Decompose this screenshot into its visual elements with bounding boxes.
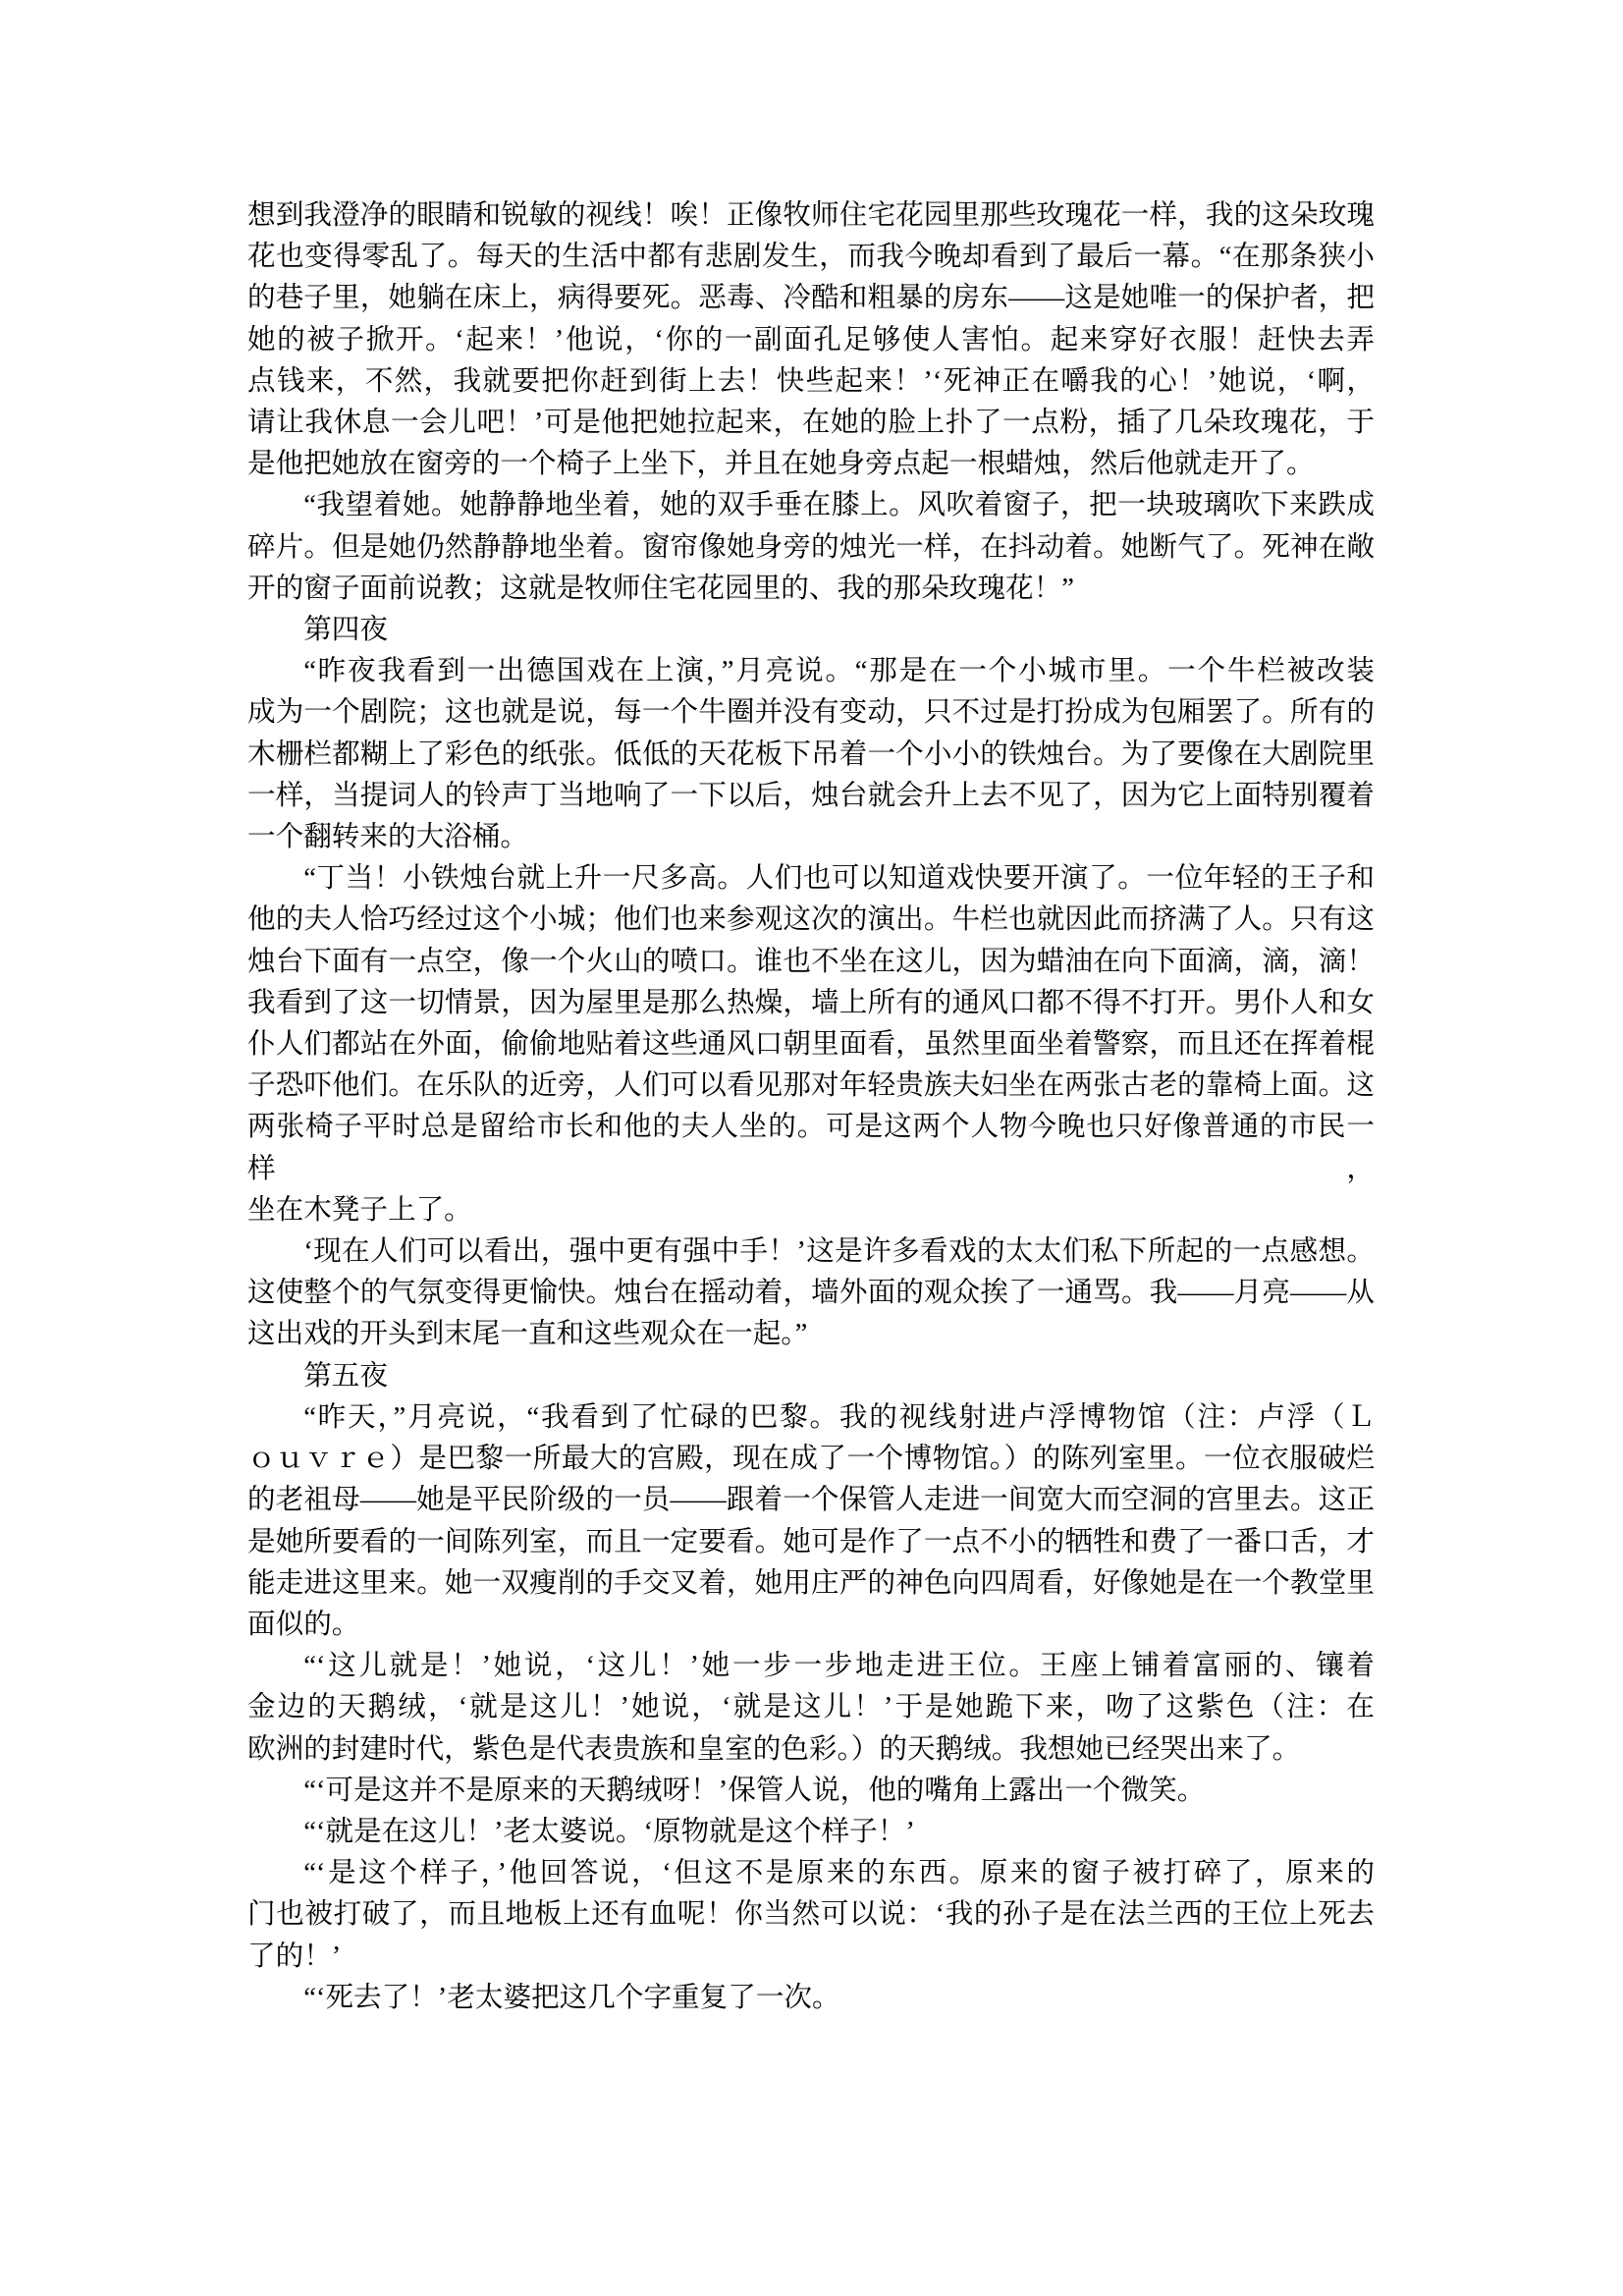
text-line: 的老祖母——她是平民阶级的一员——跟着一个保管人走进一间宽大而空洞的宫里去。这正 bbox=[247, 1480, 1375, 1521]
text-line: 点钱来，不然，我就要把你赶到街上去！快些起来！’‘死神正在嚼我的心！’她说，‘啊… bbox=[247, 361, 1375, 403]
text-line: 一个翻转来的大浴桶。 bbox=[247, 817, 1375, 858]
text-line: “‘是这个样子，’他回答说，‘但这不是原来的东西。原来的窗子被打碎了，原来的 bbox=[247, 1853, 1375, 1894]
text-line: 第四夜 bbox=[247, 610, 1375, 651]
text-line: 这出戏的开头到末尾一直和这些观众在一起。” bbox=[247, 1314, 1375, 1355]
text-line: 子恐吓他们。在乐队的近旁，人们可以看见那对年轻贵族夫妇坐在两张古老的靠椅上面。这 bbox=[247, 1066, 1375, 1107]
text-line: 欧洲的封建时代，紫色是代表贵族和皇室的色彩。）的天鹅绒。我想她已经哭出来了。 bbox=[247, 1729, 1375, 1771]
document-page: 想到我澄净的眼睛和锐敏的视线！唉！正像牧师住宅花园里那些玫瑰花一样，我的这朵玫瑰… bbox=[0, 0, 1623, 2296]
text-line: 的巷子里，她躺在床上，病得要死。恶毒、冷酷和粗暴的房东——这是她唯一的保护者，把 bbox=[247, 278, 1375, 319]
text-line: “‘这儿就是！’她说，‘这儿！’她一步一步地走进王位。王座上铺着富丽的、镶着 bbox=[247, 1646, 1375, 1687]
text-line: “我望着她。她静静地坐着，她的双手垂在膝上。风吹着窗子，把一块玻璃吹下来跌成 bbox=[247, 485, 1375, 526]
text-line: 碎片。但是她仍然静静地坐着。窗帘像她身旁的烛光一样，在抖动着。她断气了。死神在敞 bbox=[247, 527, 1375, 569]
text-line: 木栅栏都糊上了彩色的纸张。低低的天花板下吊着一个小小的铁烛台。为了要像在大剧院里 bbox=[247, 735, 1375, 776]
text-line: 面似的。 bbox=[247, 1605, 1375, 1646]
text-line: 想到我澄净的眼睛和锐敏的视线！唉！正像牧师住宅花园里那些玫瑰花一样，我的这朵玫瑰 bbox=[247, 195, 1375, 237]
text-line: 两张椅子平时总是留给市长和他的夫人坐的。可是这两个人物今晚也只好像普通的市民一样… bbox=[247, 1107, 1375, 1189]
text-line: 了的！’ bbox=[247, 1937, 1375, 1978]
text-line: 请让我休息一会儿吧！’可是他把她拉起来，在她的脸上扑了一点粉，插了几朵玫瑰花，于 bbox=[247, 403, 1375, 444]
text-line: “昨夜我看到一出德国戏在上演，”月亮说。“那是在一个小城市里。一个牛栏被改装 bbox=[247, 651, 1375, 692]
text-line: ｏｕｖｒｅ）是巴黎一所最大的宫殿，现在成了一个博物馆。）的陈列室里。一位衣服破烂 bbox=[247, 1439, 1375, 1480]
text-block: 想到我澄净的眼睛和锐敏的视线！唉！正像牧师住宅花园里那些玫瑰花一样，我的这朵玫瑰… bbox=[247, 195, 1375, 2019]
text-line: “‘就是在这儿！’老太婆说。‘原物就是这个样子！’ bbox=[247, 1812, 1375, 1853]
text-line: 金边的天鹅绒，‘就是这儿！’她说，‘就是这儿！’于是她跪下来，吻了这紫色（注：在 bbox=[247, 1687, 1375, 1728]
text-line: “昨天，”月亮说，“我看到了忙碌的巴黎。我的视线射进卢浮博物馆（注：卢浮（Ｌ bbox=[247, 1397, 1375, 1439]
text-line: 烛台下面有一点空，像一个火山的喷口。谁也不坐在这儿，因为蜡油在向下面滴，滴，滴！ bbox=[247, 942, 1375, 983]
text-line: 门也被打破了，而且地板上还有血呢！你当然可以说：‘我的孙子是在法兰西的王位上死去 bbox=[247, 1894, 1375, 1936]
text-line: 仆人们都站在外面，偷偷地贴着这些通风口朝里面看，虽然里面坐着警察，而且还在挥着棍 bbox=[247, 1024, 1375, 1066]
text-line: 她的被子掀开。‘起来！’他说，‘你的一副面孔足够使人害怕。起来穿好衣服！赶快去弄 bbox=[247, 320, 1375, 361]
text-line: 这使整个的气氛变得更愉快。烛台在摇动着，墙外面的观众挨了一通骂。我——月亮——从 bbox=[247, 1273, 1375, 1314]
text-line: 坐在木凳子上了。 bbox=[247, 1190, 1375, 1231]
text-line: 他的夫人恰巧经过这个小城；他们也来参观这次的演出。牛栏也就因此而挤满了人。只有这 bbox=[247, 900, 1375, 941]
text-line: 能走进这里来。她一双瘦削的手交叉着，她用庄严的神色向四周看，好像她是在一个教堂里 bbox=[247, 1563, 1375, 1605]
text-line: 开的窗子面前说教；这就是牧师住宅花园里的、我的那朵玫瑰花！” bbox=[247, 569, 1375, 610]
text-line: ‘现在人们可以看出，强中更有强中手！’这是许多看戏的太太们私下所起的一点感想。 bbox=[247, 1231, 1375, 1273]
text-line: “‘死去了！’老太婆把这几个字重复了一次。 bbox=[247, 1978, 1375, 2019]
text-line: 一样，当提词人的铃声丁当地响了一下以后，烛台就会升上去不见了，因为它上面特别覆着 bbox=[247, 776, 1375, 817]
text-line: 是他把她放在窗旁的一个椅子上坐下，并且在她身旁点起一根蜡烛，然后他就走开了。 bbox=[247, 444, 1375, 485]
text-line: 是她所要看的一间陈列室，而且一定要看。她可是作了一点不小的牺牲和费了一番口舌，才 bbox=[247, 1522, 1375, 1563]
text-line: 成为一个剧院；这也就是说，每一个牛圈并没有变动，只不过是打扮成为包厢罢了。所有的 bbox=[247, 692, 1375, 734]
text-line: 我看到了这一切情景，因为屋里是那么热燥，墙上所有的通风口都不得不打开。男仆人和女 bbox=[247, 983, 1375, 1024]
text-line: 花也变得零乱了。每天的生活中都有悲剧发生，而我今晚却看到了最后一幕。“在那条狭小 bbox=[247, 237, 1375, 278]
text-line: “‘可是这并不是原来的天鹅绒呀！’保管人说，他的嘴角上露出一个微笑。 bbox=[247, 1771, 1375, 1812]
text-line: “丁当！小铁烛台就上升一尺多高。人们也可以知道戏快要开演了。一位年轻的王子和 bbox=[247, 858, 1375, 900]
text-line: 第五夜 bbox=[247, 1356, 1375, 1397]
